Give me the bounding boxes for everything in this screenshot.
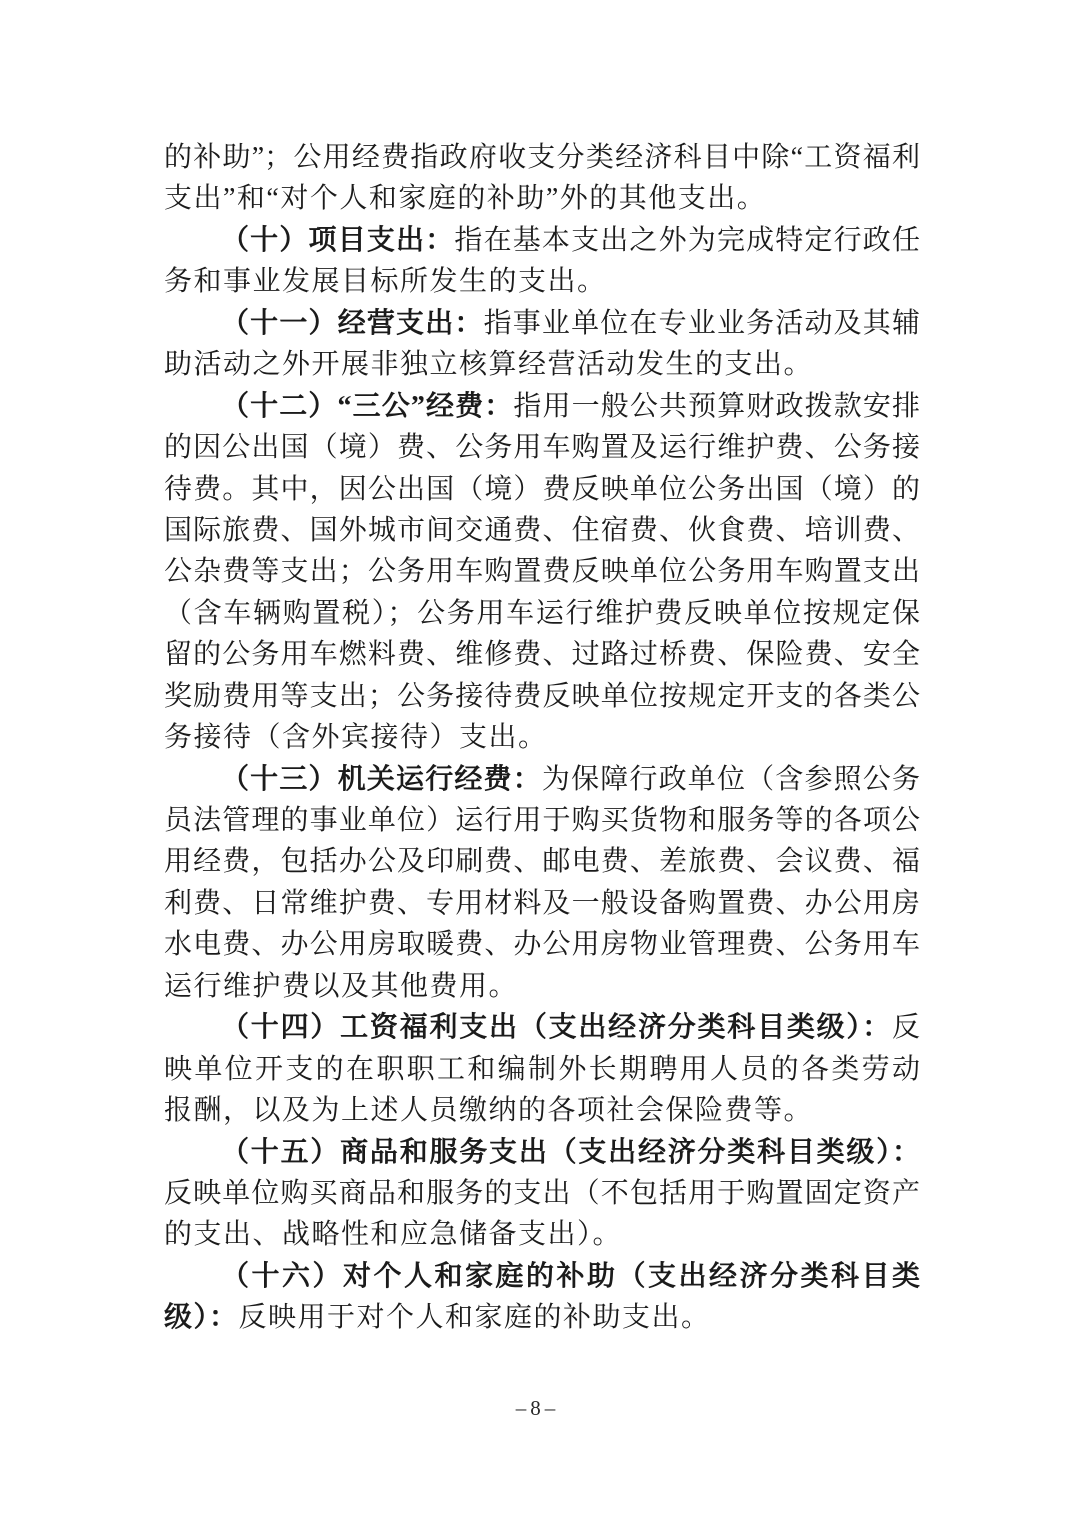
- text-line: 用经费，包括办公及印刷费、邮电费、差旅费、会议费、福: [164, 841, 920, 882]
- text-segment: 务和事业发展目标所发生的支出。: [164, 266, 607, 297]
- bold-text-segment: 级）：: [164, 1302, 239, 1333]
- text-segment: 员法管理的事业单位）运行用于购买货物和服务等的各项公: [164, 805, 920, 836]
- text-segment: 待费。其中，因公出国（境）费反映单位公务出国（境）的: [164, 474, 920, 505]
- text-segment: 指事业单位在专业业务活动及其辅: [484, 308, 920, 339]
- text-line: （十四）工资福利支出（支出经济分类科目类级）：反: [164, 1007, 920, 1048]
- text-line: 助活动之外开展非独立核算经营活动发生的支出。: [164, 344, 920, 385]
- text-segment: 映单位开支的在职职工和编制外长期聘用人员的各类劳动: [164, 1054, 920, 1085]
- document-page: 的补助”；公用经费指政府收支分类经济科目中除“工资福利支出”和“对个人和家庭的补…: [0, 0, 1075, 1520]
- bold-text-segment: （十四）工资福利支出（支出经济分类科目类级）：: [221, 1012, 892, 1043]
- document-body: 的补助”；公用经费指政府收支分类经济科目中除“工资福利支出”和“对个人和家庭的补…: [164, 137, 920, 1339]
- text-line: 运行维护费以及其他费用。: [164, 966, 920, 1007]
- bold-text-segment: （十二）“三公”经费：: [221, 391, 513, 422]
- text-line: 利费、日常维护费、专用材料及一般设备购置费、办公用房: [164, 883, 920, 924]
- text-line: （十二）“三公”经费：指用一般公共预算财政拨款安排: [164, 386, 920, 427]
- text-line: 映单位开支的在职职工和编制外长期聘用人员的各类劳动: [164, 1049, 920, 1090]
- page-footer: –8–: [0, 1396, 1075, 1421]
- text-segment: 国际旅费、国外城市间交通费、住宿费、伙食费、培训费、: [164, 515, 920, 546]
- text-line: 留的公务用车燃料费、维修费、过路过桥费、保险费、安全: [164, 634, 920, 675]
- text-line: 的补助”；公用经费指政府收支分类经济科目中除“工资福利: [164, 137, 920, 178]
- text-segment: 运行维护费以及其他费用。: [164, 971, 518, 1002]
- text-line: 国际旅费、国外城市间交通费、住宿费、伙食费、培训费、: [164, 510, 920, 551]
- text-segment: 公杂费等支出；公务用车购置费反映单位公务用车购置支出: [164, 556, 920, 587]
- text-line: 员法管理的事业单位）运行用于购买货物和服务等的各项公: [164, 800, 920, 841]
- text-line: （十）项目支出：指在基本支出之外为完成特定行政任: [164, 220, 920, 261]
- bold-text-segment: （十五）商品和服务支出（支出经济分类科目类级）：: [221, 1137, 920, 1168]
- text-line: 支出”和“对个人和家庭的补助”外的其他支出。: [164, 178, 920, 219]
- bold-text-segment: （十）项目支出：: [221, 225, 454, 256]
- text-line: 的因公出国（境）费、公务用车购置及运行维护费、公务接: [164, 427, 920, 468]
- text-segment: （含车辆购置税）；公务用车运行维护费反映单位按规定保: [164, 598, 920, 629]
- text-segment: 为保障行政单位（含参照公务: [542, 764, 920, 795]
- text-line: （十三）机关运行经费：为保障行政单位（含参照公务: [164, 759, 920, 800]
- text-segment: 务接待（含外宾接待）支出。: [164, 722, 548, 753]
- text-segment: 指用一般公共预算财政拨款安排: [513, 391, 920, 422]
- text-line: 待费。其中，因公出国（境）费反映单位公务出国（境）的: [164, 469, 920, 510]
- text-line: （十一）经营支出：指事业单位在专业业务活动及其辅: [164, 303, 920, 344]
- text-segment: 奖励费用等支出；公务接待费反映单位按规定开支的各类公: [164, 681, 920, 712]
- text-segment: 助活动之外开展非独立核算经营活动发生的支出。: [164, 349, 813, 380]
- text-segment: 支出”和“对个人和家庭的补助”外的其他支出。: [164, 183, 766, 214]
- text-segment: 用经费，包括办公及印刷费、邮电费、差旅费、会议费、福: [164, 846, 920, 877]
- text-line: 务接待（含外宾接待）支出。: [164, 717, 920, 758]
- text-segment: 反映单位购买商品和服务的支出（不包括用于购置固定资产: [164, 1178, 920, 1209]
- text-line: 反映单位购买商品和服务的支出（不包括用于购置固定资产: [164, 1173, 920, 1214]
- text-segment: 反映用于对个人和家庭的补助支出。: [239, 1302, 711, 1333]
- text-segment: 利费、日常维护费、专用材料及一般设备购置费、办公用房: [164, 888, 920, 919]
- text-line: 报酬，以及为上述人员缴纳的各项社会保险费等。: [164, 1090, 920, 1131]
- bold-text-segment: （十一）经营支出：: [221, 308, 484, 339]
- text-segment: 留的公务用车燃料费、维修费、过路过桥费、保险费、安全: [164, 639, 920, 670]
- text-segment: 反: [892, 1012, 920, 1043]
- text-line: 奖励费用等支出；公务接待费反映单位按规定开支的各类公: [164, 676, 920, 717]
- text-segment: 的补助”；公用经费指政府收支分类经济科目中除“工资福利: [164, 142, 920, 173]
- text-line: 水电费、办公用房取暖费、办公用房物业管理费、公务用车: [164, 924, 920, 965]
- text-segment: 水电费、办公用房取暖费、办公用房物业管理费、公务用车: [164, 929, 920, 960]
- bold-text-segment: （十六）对个人和家庭的补助（支出经济分类科目类: [221, 1261, 920, 1292]
- text-line: （十六）对个人和家庭的补助（支出经济分类科目类: [164, 1256, 920, 1297]
- page-number: –8–: [516, 1396, 560, 1420]
- text-segment: 的因公出国（境）费、公务用车购置及运行维护费、公务接: [164, 432, 920, 463]
- text-segment: 的支出、战略性和应急储备支出）。: [164, 1219, 622, 1250]
- text-segment: 指在基本支出之外为完成特定行政任: [454, 225, 920, 256]
- text-line: （含车辆购置税）；公务用车运行维护费反映单位按规定保: [164, 593, 920, 634]
- text-line: 务和事业发展目标所发生的支出。: [164, 261, 920, 302]
- text-line: 的支出、战略性和应急储备支出）。: [164, 1214, 920, 1255]
- text-segment: 报酬，以及为上述人员缴纳的各项社会保险费等。: [164, 1095, 813, 1126]
- text-line: （十五）商品和服务支出（支出经济分类科目类级）：: [164, 1132, 920, 1173]
- text-line: 公杂费等支出；公务用车购置费反映单位公务用车购置支出: [164, 551, 920, 592]
- text-line: 级）：反映用于对个人和家庭的补助支出。: [164, 1297, 920, 1338]
- bold-text-segment: （十三）机关运行经费：: [221, 764, 542, 795]
